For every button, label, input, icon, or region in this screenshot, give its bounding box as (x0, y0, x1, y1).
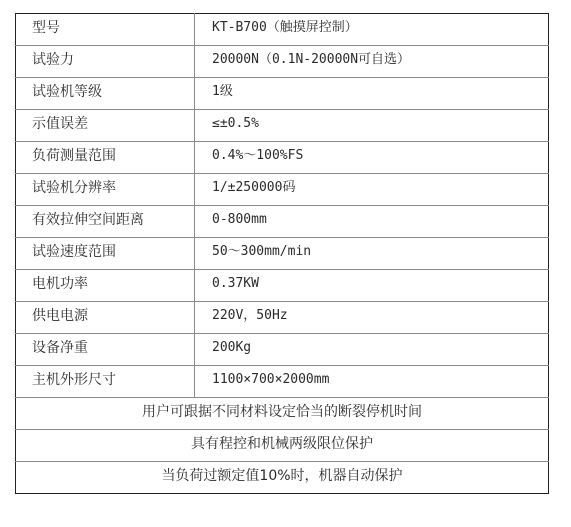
spec-value: ≤±0.5% (195, 110, 549, 142)
spec-value: 1/±250000码 (195, 174, 549, 206)
spec-row-speed-range: 试验速度范围 50～300mm/min (16, 238, 549, 270)
spec-row-load-range: 负荷测量范围 0.4%～100%FS (16, 142, 549, 174)
spec-row-error: 示值误差 ≤±0.5% (16, 110, 549, 142)
spec-label: 负荷测量范围 (16, 142, 195, 174)
spec-value: 0-800mm (195, 206, 549, 238)
spec-value: 200Kg (195, 334, 549, 366)
spec-label: 供电电源 (16, 302, 195, 334)
spec-table: 型号 KT-B700（触摸屏控制） 试验力 20000N（0.1N-20000N… (15, 13, 549, 494)
spec-label: 电机功率 (16, 270, 195, 302)
spec-label: 试验速度范围 (16, 238, 195, 270)
spec-row-resolution: 试验机分辨率 1/±250000码 (16, 174, 549, 206)
spec-row-dimensions: 主机外形尺寸 1100×700×2000mm (16, 366, 549, 398)
spec-value: 220V，50Hz (195, 302, 549, 334)
spec-label: 设备净重 (16, 334, 195, 366)
spec-label: 试验力 (16, 46, 195, 78)
spec-row-model: 型号 KT-B700（触摸屏控制） (16, 14, 549, 46)
spec-label: 有效拉伸空间距离 (16, 206, 195, 238)
spec-label: 试验机分辨率 (16, 174, 195, 206)
spec-row-grade: 试验机等级 1级 (16, 78, 549, 110)
spec-row-power-supply: 供电电源 220V，50Hz (16, 302, 549, 334)
feature-text: 具有程控和机械两级限位保护 (16, 430, 549, 462)
feature-row: 当负荷过额定值10%时，机器自动保护 (16, 462, 549, 494)
spec-value: 20000N（0.1N-20000N可自选） (195, 46, 549, 78)
spec-label: 主机外形尺寸 (16, 366, 195, 398)
spec-row-motor-power: 电机功率 0.37KW (16, 270, 549, 302)
spec-row-net-weight: 设备净重 200Kg (16, 334, 549, 366)
feature-text: 用户可跟据不同材料设定恰当的断裂停机时间 (16, 398, 549, 430)
spec-label: 型号 (16, 14, 195, 46)
spec-row-test-force: 试验力 20000N（0.1N-20000N可自选） (16, 46, 549, 78)
feature-row: 用户可跟据不同材料设定恰当的断裂停机时间 (16, 398, 549, 430)
feature-row: 具有程控和机械两级限位保护 (16, 430, 549, 462)
feature-text: 当负荷过额定值10%时，机器自动保护 (16, 462, 549, 494)
spec-value: KT-B700（触摸屏控制） (195, 14, 549, 46)
spec-value: 0.4%～100%FS (195, 142, 549, 174)
spec-row-stretch-distance: 有效拉伸空间距离 0-800mm (16, 206, 549, 238)
spec-value: 1级 (195, 78, 549, 110)
spec-value: 1100×700×2000mm (195, 366, 549, 398)
spec-value: 0.37KW (195, 270, 549, 302)
spec-label: 试验机等级 (16, 78, 195, 110)
spec-value: 50～300mm/min (195, 238, 549, 270)
spec-label: 示值误差 (16, 110, 195, 142)
